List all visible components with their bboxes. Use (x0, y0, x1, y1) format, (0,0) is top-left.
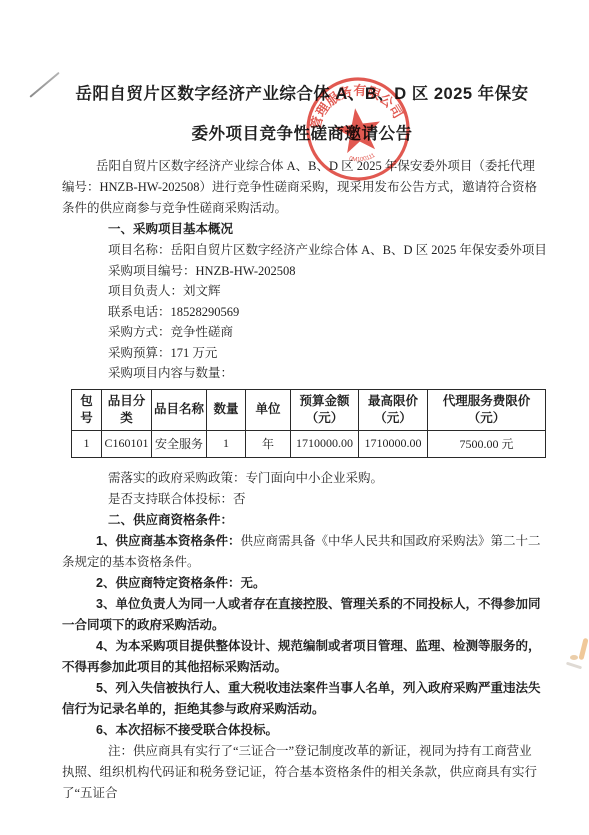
field-label: 采购预算： (108, 346, 171, 360)
document-title-line-1: 岳阳自贸片区数字经济产业综合体 A、B、D 区 2025 年保安 (62, 74, 542, 114)
cell-agency-fee-limit: 7500.00 元 (428, 430, 546, 457)
field-value: 岳阳自贸片区数字经济产业综合体 A、B、D 区 2025 年保安委外项目 (171, 243, 547, 257)
section1-heading: 一、采购项目基本概况 (62, 219, 542, 240)
field-label: 联系电话： (108, 305, 171, 319)
header-quantity: 数量 (207, 389, 246, 430)
qualification-item-4: 4、为本采购项目提供整体设计、规范编制或者项目管理、监理、检测等服务的，不得再参… (62, 636, 542, 678)
field-project-number: 采购项目编号：HNZB-HW-202508 (62, 261, 542, 282)
field-label: 采购项目内容与数量： (108, 366, 233, 380)
header-agency-fee-limit: 代理服务费限价 （元） (428, 389, 546, 430)
header-item-category: 品目分类 (102, 389, 152, 430)
field-label: 项目负责人： (108, 284, 183, 298)
field-value: 18528290569 (171, 305, 240, 319)
document-title-line-2: 委外项目竞争性磋商邀请公告 (62, 114, 542, 154)
table-row: 1 C160101 安全服务 1 年 1710000.00 1710000.00… (72, 430, 546, 457)
procurement-items-table: 包 号 品目分类 品目名称 数量 单位 预算金额 （元） 最高限价 （元） 代理… (71, 389, 546, 458)
scan-smudge-artifact (570, 655, 578, 660)
field-label: 项目名称： (108, 243, 171, 257)
qualification-item-5: 5、列入失信被执行人、重大税收违法案件当事人名单，列入政府采购严重违法失信行为记… (62, 678, 542, 720)
note-paragraph: 注：供应商具有实行了“三证合一”登记制度改革的新证，视同为持有工商营业执照、组织… (62, 741, 542, 804)
header-unit: 单位 (246, 389, 291, 430)
field-value: 刘文辉 (183, 284, 221, 298)
field-value: 171 万元 (171, 346, 218, 360)
cell-budget-amount: 1710000.00 (291, 430, 359, 457)
cell-package-no: 1 (72, 430, 102, 457)
item-lead: 1、供应商基本资格条件： (96, 534, 240, 548)
field-label: 采购方式： (108, 325, 171, 339)
header-item-name: 品目名称 (152, 389, 207, 430)
qualification-item-3: 3、单位负责人为同一人或者存在直接控股、管理关系的不同投标人，不得参加同一合同项… (62, 594, 542, 636)
cell-unit: 年 (246, 430, 291, 457)
field-contact-phone: 联系电话：18528290569 (62, 302, 542, 323)
policy-line: 需落实的政府采购政策：专门面向中小企业采购。 (62, 468, 542, 489)
qualification-item-6: 6、本次招标不接受联合体投标。 (62, 720, 542, 741)
field-value: HNZB-HW-202508 (196, 264, 296, 278)
field-budget: 采购预算：171 万元 (62, 343, 542, 364)
qualification-item-1: 1、供应商基本资格条件：供应商需具备《中华人民共和国政府采购法》第二十二条规定的… (62, 531, 542, 573)
field-project-manager: 项目负责人：刘文辉 (62, 281, 542, 302)
cell-max-price: 1710000.00 (359, 430, 428, 457)
field-content-quantity: 采购项目内容与数量： (62, 363, 542, 384)
field-label: 采购项目编号： (108, 264, 196, 278)
header-package-no: 包 号 (72, 389, 102, 430)
field-procurement-method: 采购方式：竞争性磋商 (62, 322, 542, 343)
cell-item-name: 安全服务 (152, 430, 207, 457)
field-project-name: 项目名称：岳阳自贸片区数字经济产业综合体 A、B、D 区 2025 年保安委外项… (62, 240, 542, 261)
consortium-line: 是否支持联合体投标：否 (62, 489, 542, 510)
section2-heading: 二、供应商资格条件： (62, 510, 542, 531)
table-header-row: 包 号 品目分类 品目名称 数量 单位 预算金额 （元） 最高限价 （元） 代理… (72, 389, 546, 430)
document-page: 岳阳自贸片区数字经济产业综合体 A、B、D 区 2025 年保安 委外项目竞争性… (0, 0, 589, 804)
header-max-price: 最高限价 （元） (359, 389, 428, 430)
cell-quantity: 1 (207, 430, 246, 457)
cell-item-category: C160101 (102, 430, 152, 457)
intro-paragraph: 岳阳自贸片区数字经济产业综合体 A、B、D 区 2025 年保安委外项目（委托代… (62, 156, 542, 219)
header-budget-amount: 预算金额 （元） (291, 389, 359, 430)
qualification-item-2: 2、供应商特定资格条件：无。 (62, 573, 542, 594)
field-value: 竞争性磋商 (171, 325, 234, 339)
